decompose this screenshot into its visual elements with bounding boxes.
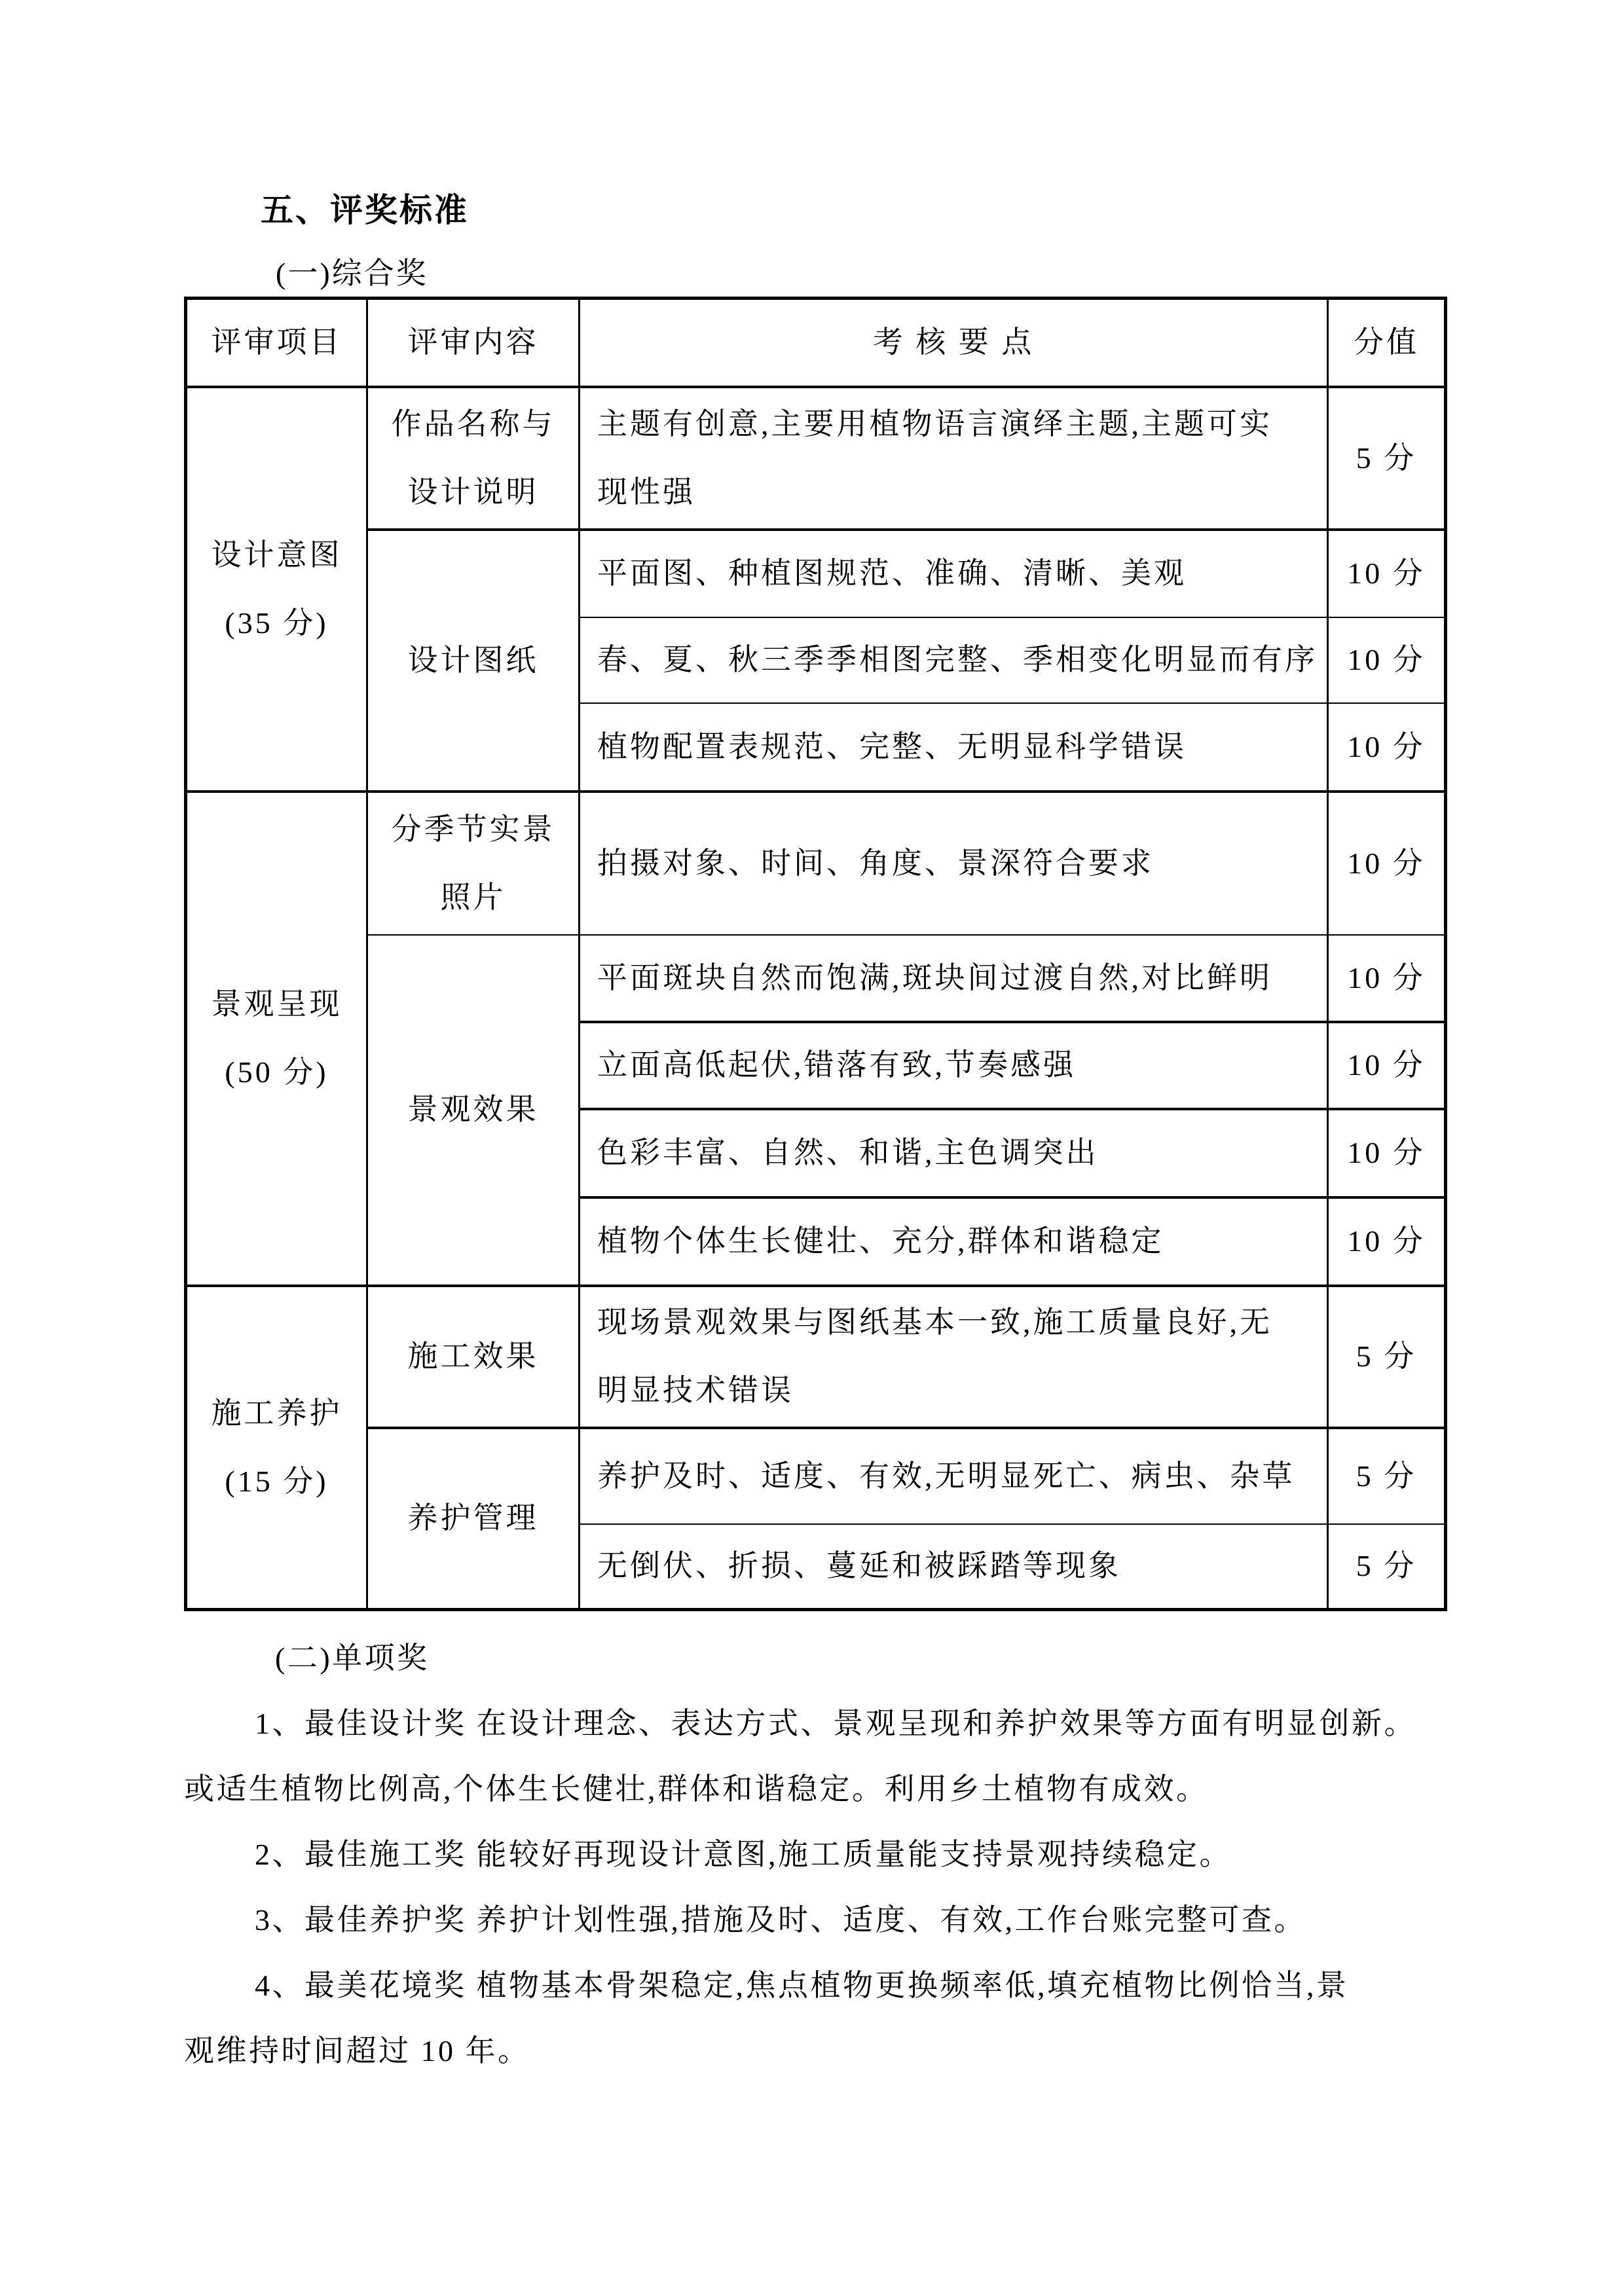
award-paragraph-most-beautiful-border: 4、最美花境奖 植物基本骨架稳定,焦点植物更换频率低,填充植物比例恰当,景 观维… <box>184 1953 1444 2084</box>
score-cell: 10 分 <box>1328 935 1446 1022</box>
score-cell: 10 分 <box>1328 617 1446 703</box>
table-header-row: 评审项目 评审内容 考 核 要 点 分值 <box>186 299 1446 387</box>
content-cell-maintenance-management: 养护管理 <box>367 1428 580 1610</box>
score-cell: 10 分 <box>1328 1109 1446 1197</box>
award-paragraph-best-maintenance: 3、最佳养护奖 养护计划性强,措施及时、适度、有效,工作台账完整可查。 <box>184 1887 1444 1953</box>
table-row: 养护管理 养护及时、适度、有效,无明显死亡、病虫、杂草 5 分 <box>186 1428 1446 1524</box>
points-cell: 平面图、种植图规范、准确、清晰、美观 <box>580 530 1328 617</box>
score-cell: 10 分 <box>1328 792 1446 935</box>
table-row: 设计图纸 平面图、种植图规范、准确、清晰、美观 10 分 <box>186 530 1446 617</box>
project-cell-construction-maintenance: 施工养护 (15 分) <box>186 1286 367 1610</box>
content-cell-seasonal-photos: 分季节实景 照片 <box>367 792 580 935</box>
content-cell-construction-effect: 施工效果 <box>367 1286 580 1428</box>
points-cell: 平面斑块自然而饱满,斑块间过渡自然,对比鲜明 <box>580 935 1328 1022</box>
section-heading-individual-award: (二)单项奖 <box>184 1626 1444 1691</box>
section-heading-comprehensive-award: (一)综合奖 <box>276 258 428 289</box>
points-cell: 主题有创意,主要用植物语言演绎主题,主题可实 现性强 <box>580 387 1328 530</box>
header-cell-project: 评审项目 <box>186 299 367 387</box>
points-cell: 春、夏、秋三季季相图完整、季相变化明显而有序 <box>580 617 1328 703</box>
score-cell: 5 分 <box>1328 1428 1446 1524</box>
content-cell-landscape-effect: 景观效果 <box>367 935 580 1286</box>
header-cell-content: 评审内容 <box>367 299 580 387</box>
points-cell: 现场景观效果与图纸基本一致,施工质量良好,无 明显技术错误 <box>580 1286 1328 1428</box>
individual-awards-section: (二)单项奖 1、最佳设计奖 在设计理念、表达方式、景观呈现和养护效果等方面有明… <box>184 1626 1444 2084</box>
page-title: 五、评奖标准 <box>261 193 469 227</box>
header-cell-score: 分值 <box>1328 299 1446 387</box>
table-row: 设计意图 (35 分) 作品名称与 设计说明 主题有创意,主要用植物语言演绎主题… <box>186 387 1446 530</box>
content-cell-work-name: 作品名称与 设计说明 <box>367 387 580 530</box>
points-cell: 立面高低起伏,错落有致,节奏感强 <box>580 1022 1328 1109</box>
award-criteria-table: 评审项目 评审内容 考 核 要 点 分值 设计意图 (35 分) 作品名称与 设… <box>184 297 1447 1611</box>
award-paragraph-best-construction: 2、最佳施工奖 能较好再现设计意图,施工质量能支持景观持续稳定。 <box>184 1822 1444 1887</box>
table-row: 景观效果 平面斑块自然而饱满,斑块间过渡自然,对比鲜明 10 分 <box>186 935 1446 1022</box>
points-cell: 养护及时、适度、有效,无明显死亡、病虫、杂草 <box>580 1428 1328 1524</box>
score-cell: 10 分 <box>1328 703 1446 792</box>
project-cell-design-intent: 设计意图 (35 分) <box>186 387 367 792</box>
points-cell: 拍摄对象、时间、角度、景深符合要求 <box>580 792 1328 935</box>
score-cell: 5 分 <box>1328 1286 1446 1428</box>
points-cell: 植物个体生长健壮、充分,群体和谐稳定 <box>580 1197 1328 1286</box>
content-cell-design-drawings: 设计图纸 <box>367 530 580 792</box>
document-page: 五、评奖标准 (一)综合奖 评审项目 评审内容 考 核 要 点 分值 设计意图 … <box>0 0 1624 2296</box>
points-cell: 植物配置表规范、完整、无明显科学错误 <box>580 703 1328 792</box>
score-cell: 10 分 <box>1328 530 1446 617</box>
score-cell: 10 分 <box>1328 1197 1446 1286</box>
score-cell: 5 分 <box>1328 387 1446 530</box>
points-cell: 色彩丰富、自然、和谐,主色调突出 <box>580 1109 1328 1197</box>
award-paragraph-best-design: 1、最佳设计奖 在设计理念、表达方式、景观呈现和养护效果等方面有明显创新。 或适… <box>184 1691 1444 1822</box>
header-cell-points: 考 核 要 点 <box>580 299 1328 387</box>
table-row: 施工养护 (15 分) 施工效果 现场景观效果与图纸基本一致,施工质量良好,无 … <box>186 1286 1446 1428</box>
table-row: 景观呈现 (50 分) 分季节实景 照片 拍摄对象、时间、角度、景深符合要求 1… <box>186 792 1446 935</box>
score-cell: 5 分 <box>1328 1524 1446 1610</box>
score-cell: 10 分 <box>1328 1022 1446 1109</box>
points-cell: 无倒伏、折损、蔓延和被踩踏等现象 <box>580 1524 1328 1610</box>
project-cell-landscape-presentation: 景观呈现 (50 分) <box>186 792 367 1286</box>
